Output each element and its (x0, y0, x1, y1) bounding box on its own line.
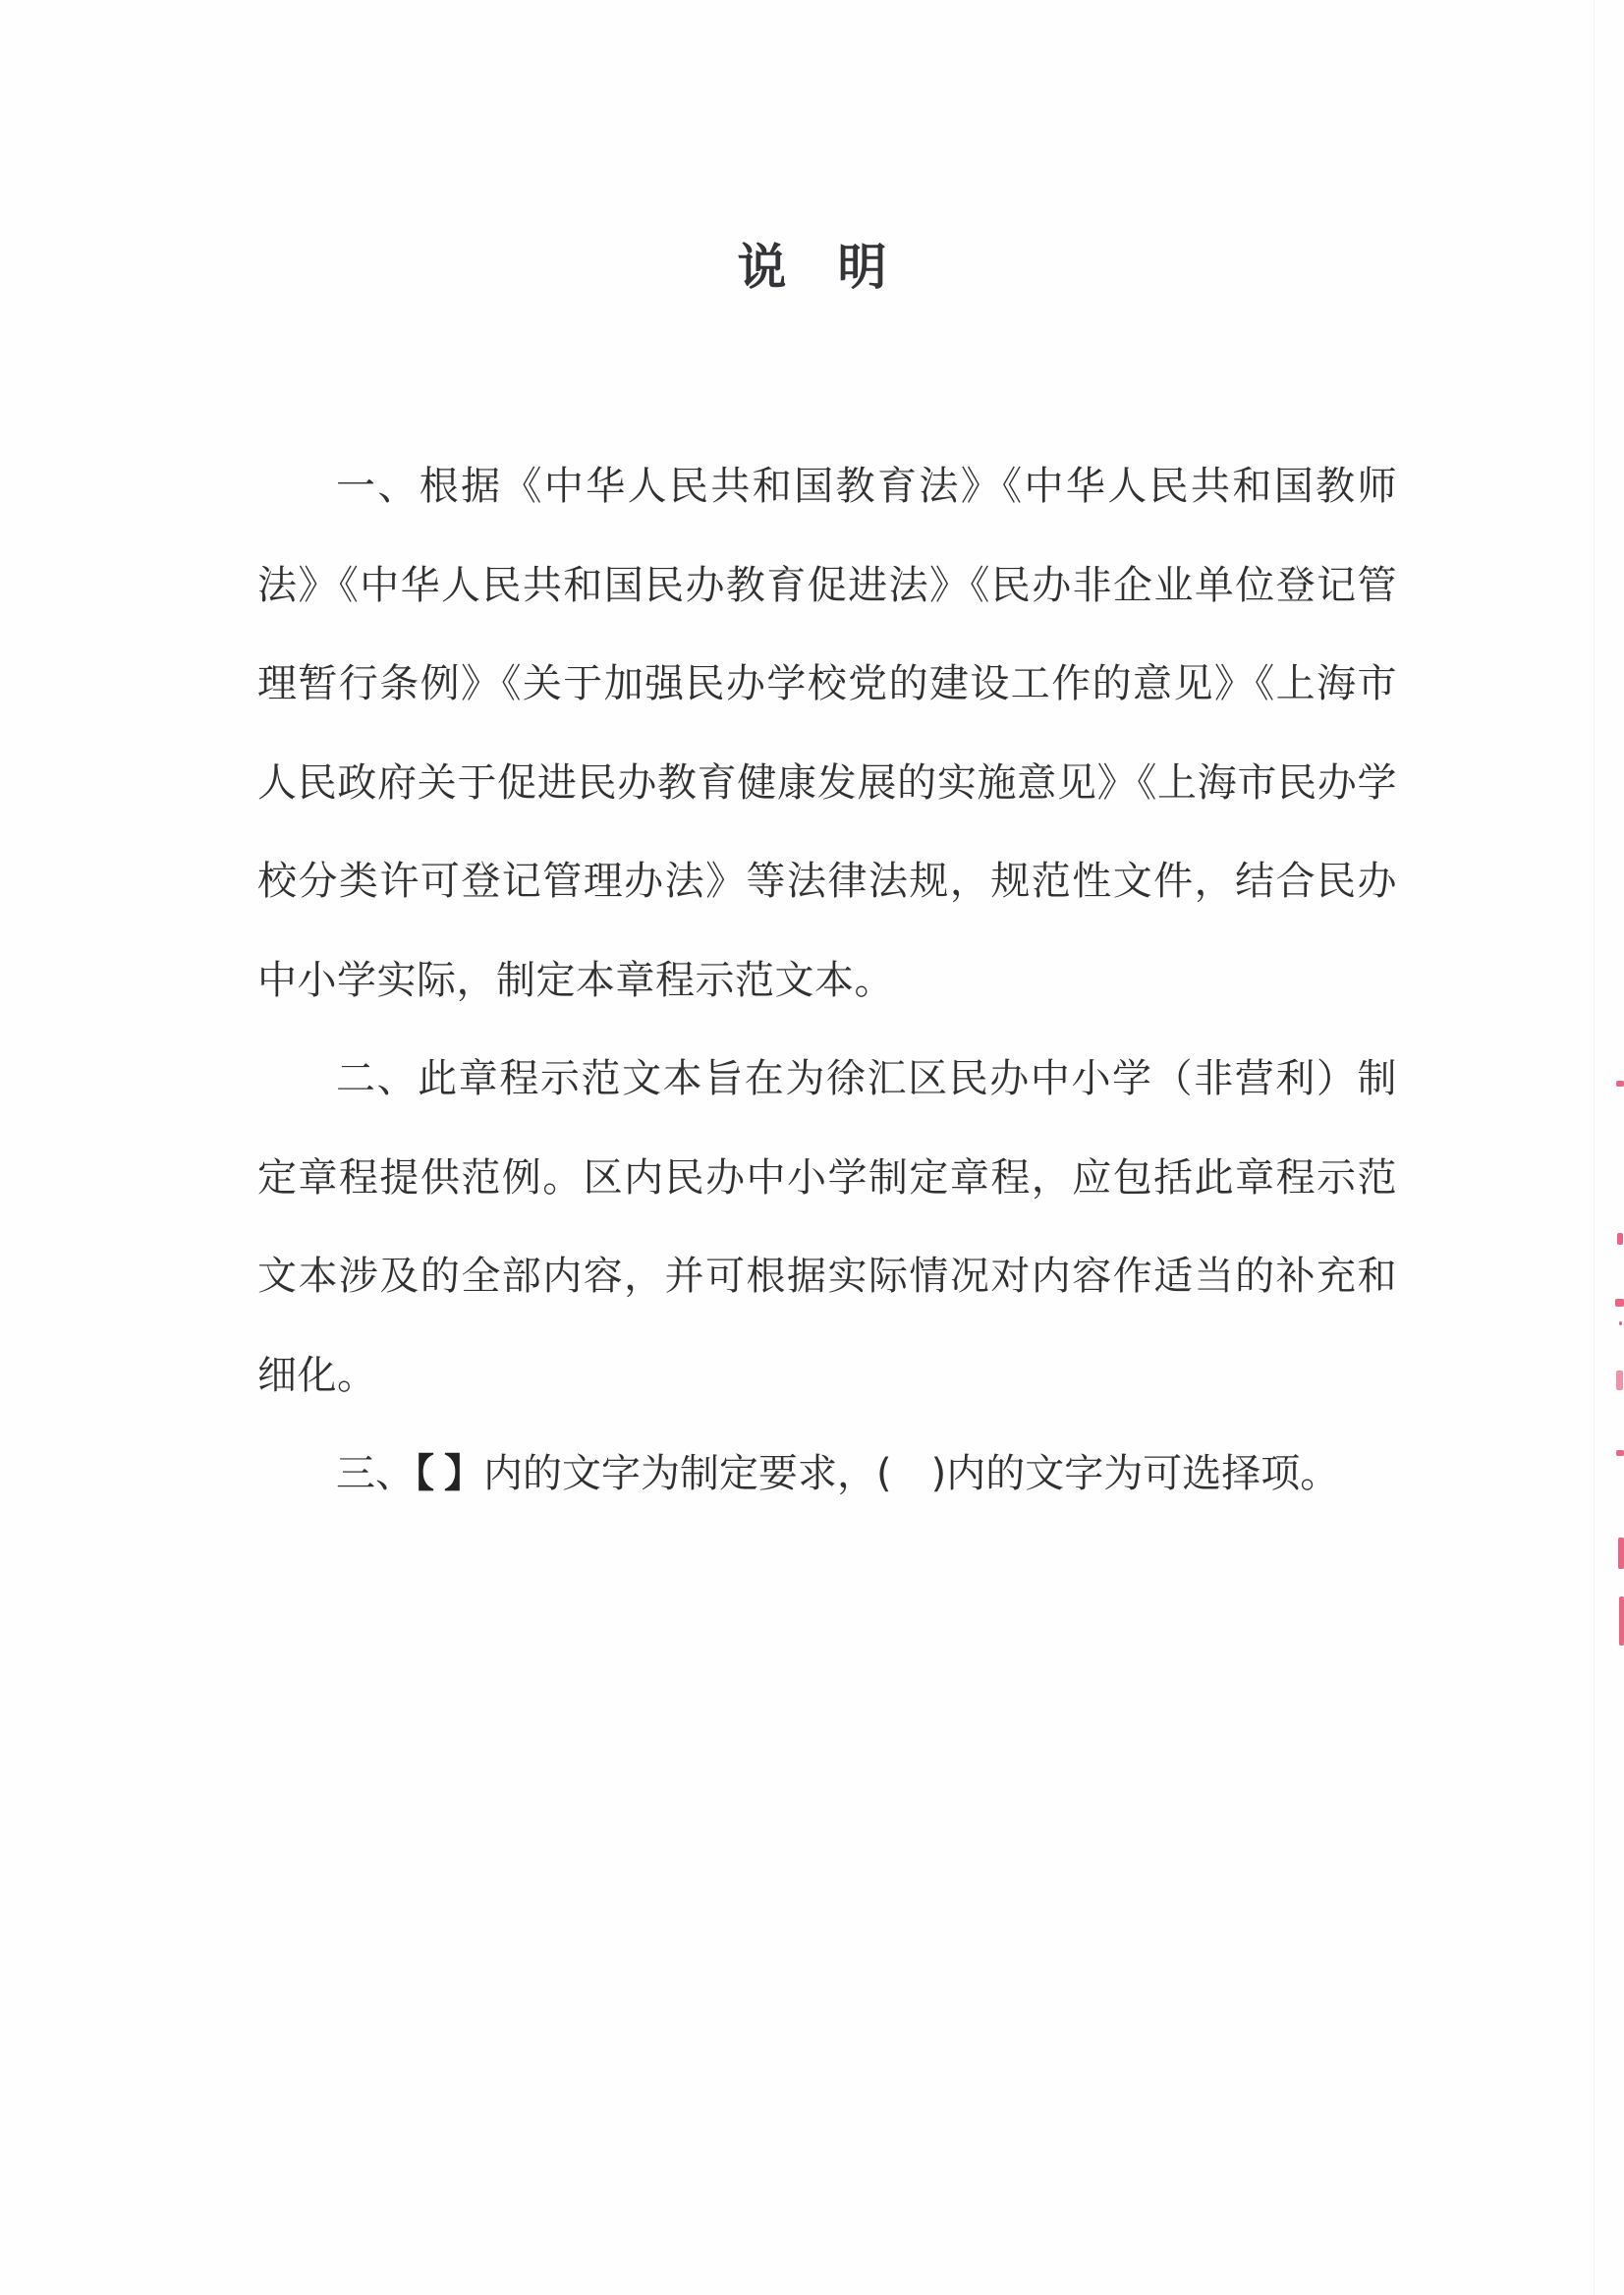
paragraph-3-number: 三、 (336, 1451, 415, 1496)
paragraph-3-text-a: 内的文字为制定要求，( (483, 1451, 892, 1496)
paragraph-1-text: 根据《中华人民共和国教育法》《中华人民共和国教师法》《中华人民共和国民办教育促进… (257, 464, 1397, 1003)
paragraph-3: 三、【】内的文字为制定要求，()内的文字为可选择项。 (257, 1425, 1397, 1524)
document-page: 说明 一、根据《中华人民共和国教育法》《中华人民共和国教师法》《中华人民共和国民… (0, 0, 1624, 2295)
paragraph-3-bracket-open: 【 (415, 1451, 434, 1496)
paragraph-3-text-b: )内的文字为可选择项。 (931, 1451, 1340, 1496)
document-body: 一、根据《中华人民共和国教育法》《中华人民共和国教师法》《中华人民共和国民办教育… (257, 437, 1397, 1524)
paragraph-1: 一、根据《中华人民共和国教育法》《中华人民共和国教师法》《中华人民共和国民办教育… (257, 437, 1397, 1030)
paragraph-1-number: 一、 (336, 464, 420, 509)
page-title: 说明 (0, 228, 1624, 299)
paragraph-2: 二、此章程示范文本旨在为徐汇区民办中小学（非营利）制定章程提供范例。区内民办中小… (257, 1030, 1397, 1425)
paragraph-3-bracket-close: 】 (444, 1451, 483, 1496)
paragraph-2-number: 二、 (336, 1056, 418, 1101)
scan-artifact-line (1594, 0, 1595, 2295)
paragraph-2-text: 此章程示范文本旨在为徐汇区民办中小学（非营利）制定章程提供范例。区内民办中小学制… (257, 1056, 1397, 1398)
